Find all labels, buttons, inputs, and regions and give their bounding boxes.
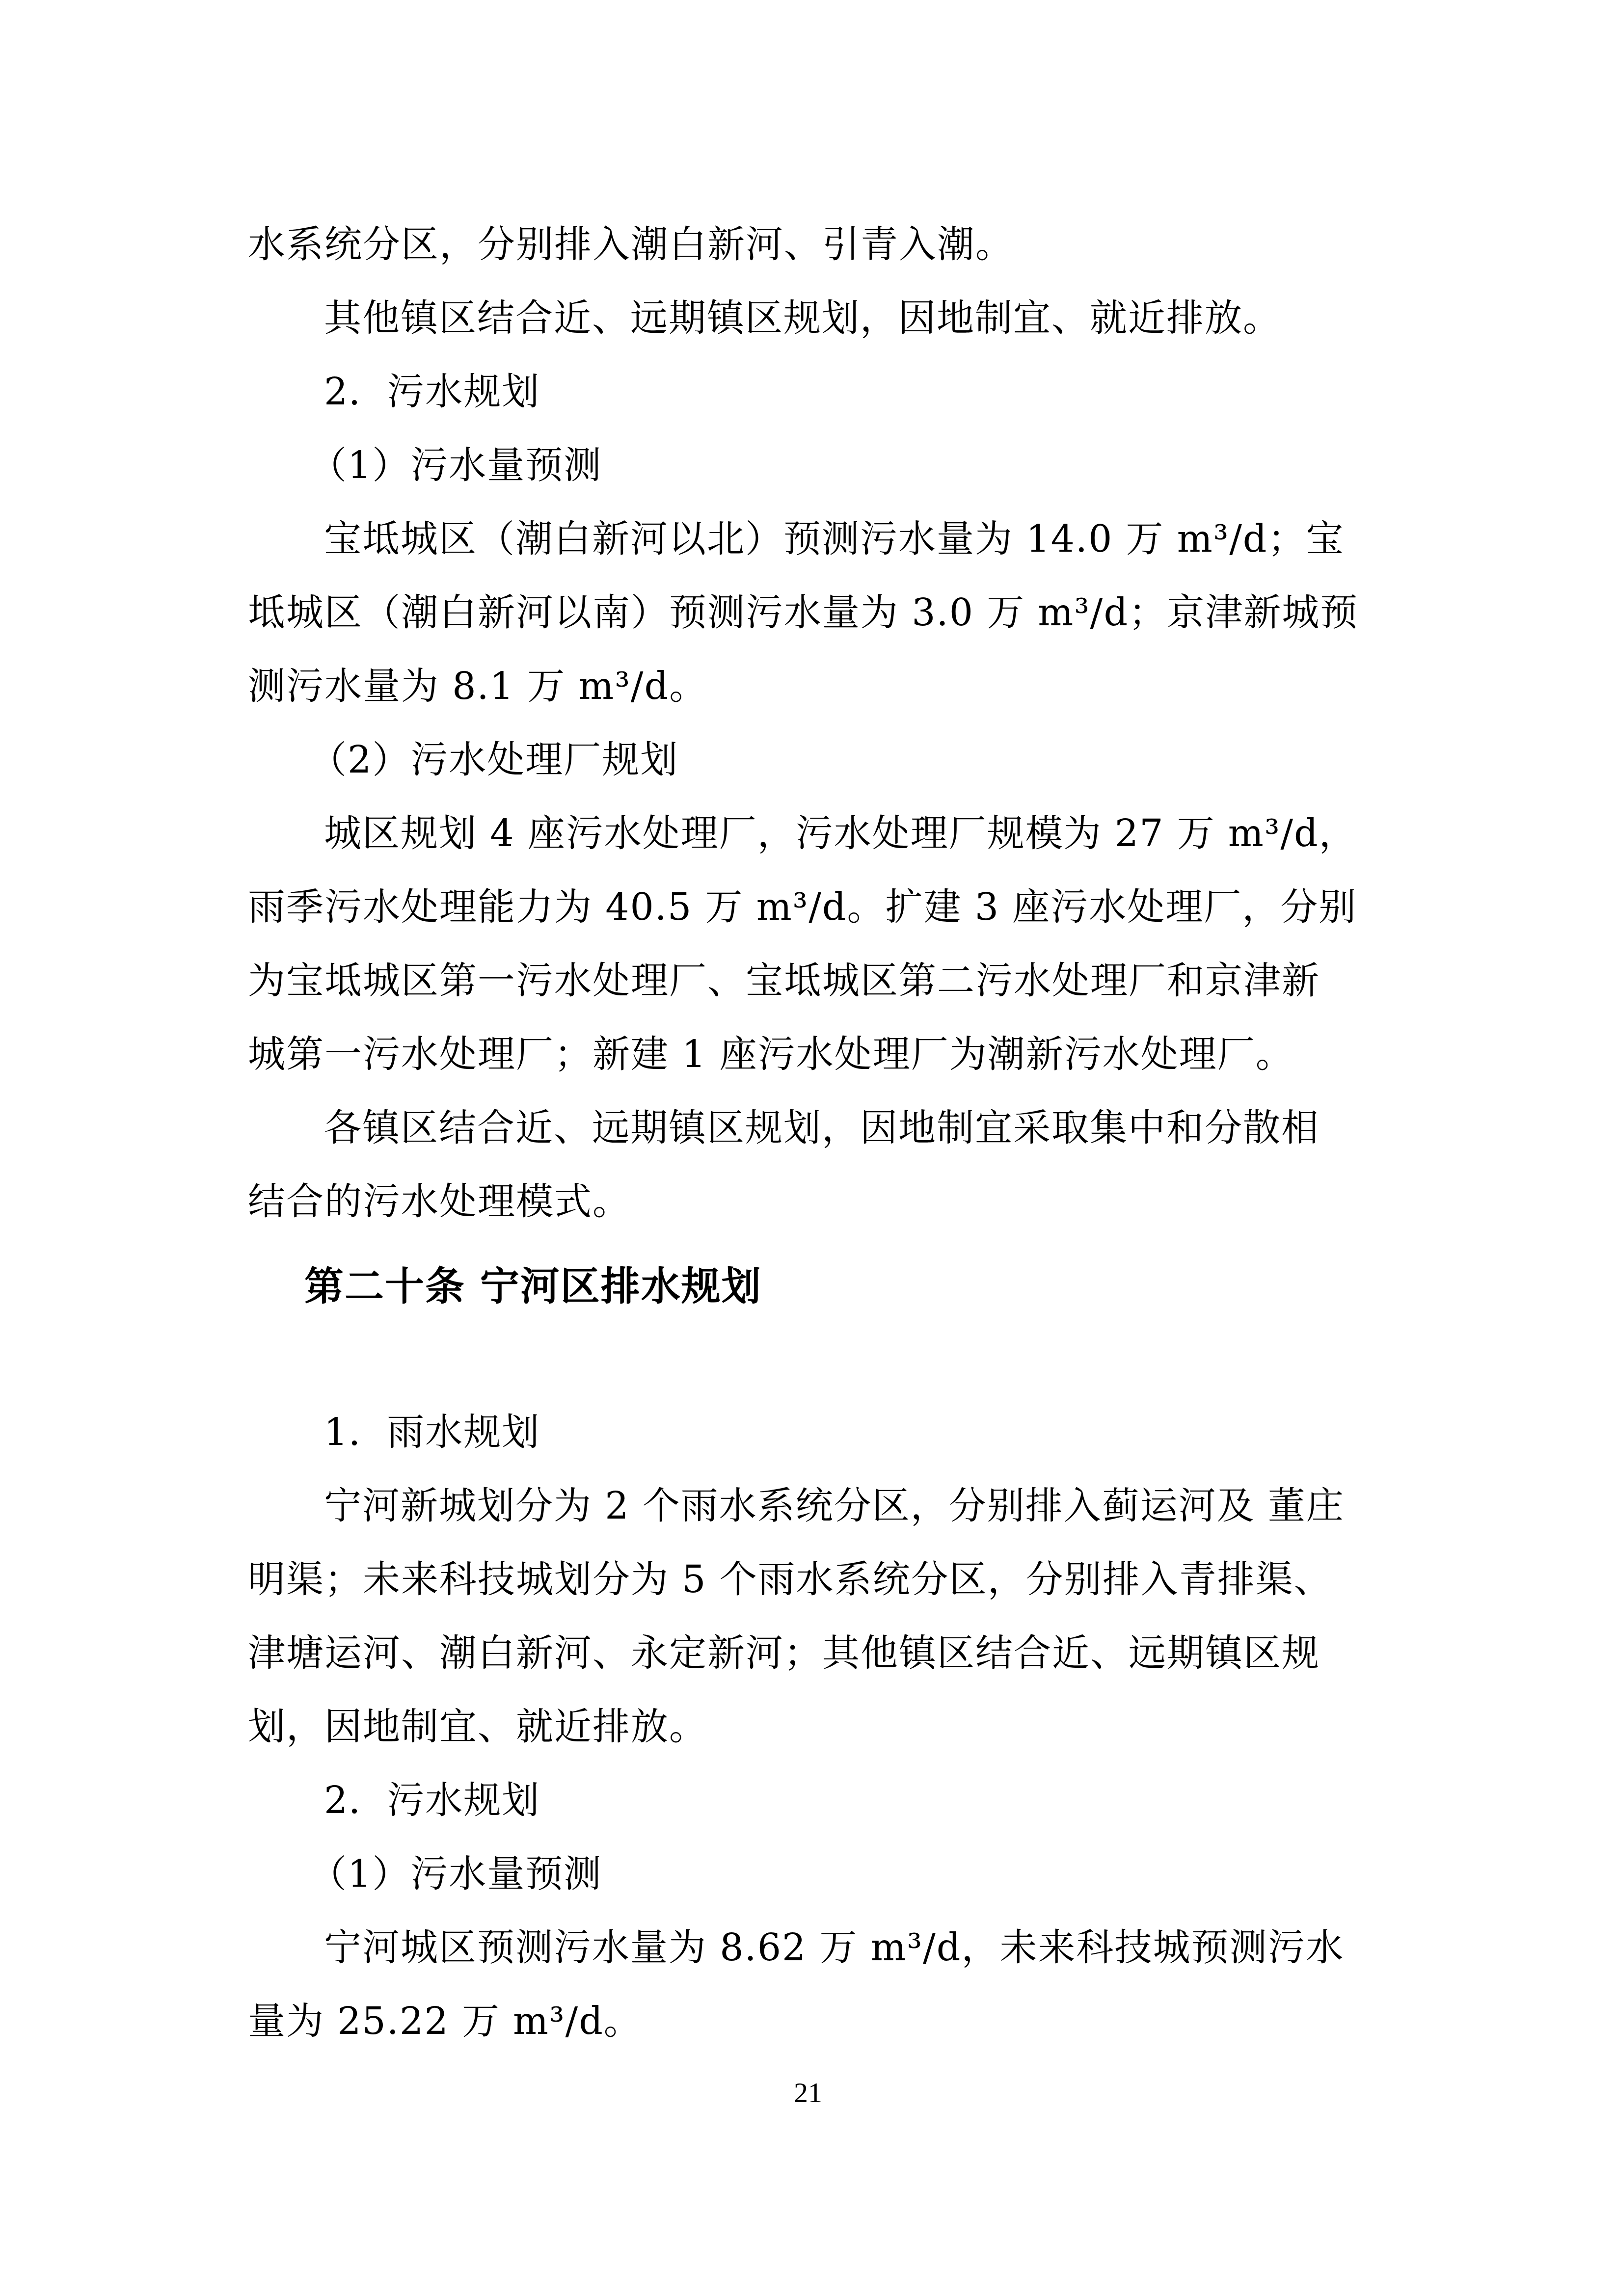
paragraph-line: 城区规划 4 座污水处理厂，污水处理厂规模为 27 万 m³/d， bbox=[324, 815, 1357, 852]
paragraph-line: 宝坻城区（潮白新河以北）预测污水量为 14.0 万 m³/d；宝 bbox=[324, 520, 1344, 558]
paragraph-line: 量为 25.22 万 m³/d。 bbox=[248, 2002, 642, 2040]
paragraph-line: 测污水量为 8.1 万 m³/d。 bbox=[248, 667, 707, 705]
paragraph-line: 雨季污水处理能力为 40.5 万 m³/d。扩建 3 座污水处理厂，分别 bbox=[248, 888, 1357, 926]
section-subheading: 2．污水规划 bbox=[324, 373, 540, 410]
paragraph-line: 水系统分区，分别排入潮白新河、引青入潮。 bbox=[248, 226, 1014, 263]
section-subheading: 2．污水规划 bbox=[324, 1782, 540, 1819]
paragraph-line: 其他镇区结合近、远期镇区规划，因地制宜、就近排放。 bbox=[324, 299, 1281, 337]
subsection-heading: （2）污水处理厂规划 bbox=[309, 741, 678, 778]
subsection-heading: （1）污水量预测 bbox=[309, 447, 602, 484]
subsection-heading: （1）污水量预测 bbox=[309, 1855, 602, 1893]
section-subheading: 1．雨水规划 bbox=[324, 1414, 540, 1451]
paragraph-line: 结合的污水处理模式。 bbox=[248, 1183, 631, 1220]
paragraph-line: 城第一污水处理厂；新建 1 座污水处理厂为潮新污水处理厂。 bbox=[248, 1036, 1294, 1073]
paragraph-line: 明渠；未来科技城划分为 5 个雨水系统分区，分别排入青排渠、 bbox=[248, 1561, 1332, 1598]
paragraph-line: 为宝坻城区第一污水处理厂、宝坻城区第二污水处理厂和京津新 bbox=[248, 962, 1320, 999]
paragraph-line: 宁河城区预测污水量为 8.62 万 m³/d，未来科技城预测污水 bbox=[324, 1929, 1344, 1966]
paragraph-line: 宁河新城划分为 2 个雨水系统分区，分别排入蓟运河及 董庄 bbox=[324, 1487, 1345, 1524]
article-heading: 第二十条 宁河区排水规划 bbox=[304, 1266, 762, 1306]
page-number: 21 bbox=[0, 2076, 1616, 2109]
paragraph-line: 津塘运河、潮白新河、永定新河；其他镇区结合近、远期镇区规 bbox=[248, 1634, 1320, 1672]
paragraph-line: 划，因地制宜、就近排放。 bbox=[248, 1708, 707, 1745]
paragraph-line: 各镇区结合近、远期镇区规划，因地制宜采取集中和分散相 bbox=[324, 1109, 1320, 1147]
paragraph-line: 坻城区（潮白新河以南）预测污水量为 3.0 万 m³/d；京津新城预 bbox=[248, 594, 1358, 631]
